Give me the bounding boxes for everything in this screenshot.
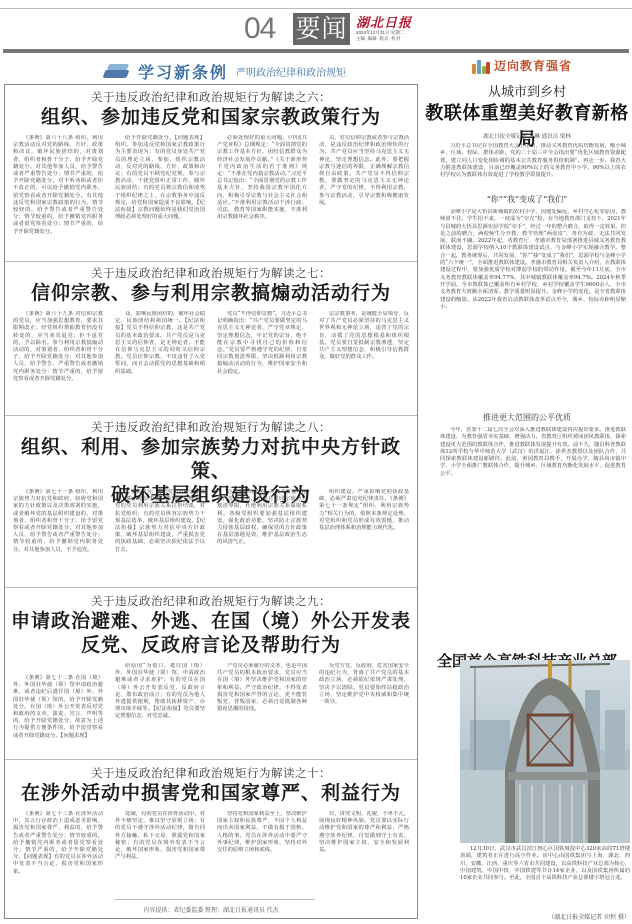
body-column: 层宗教事务，是统揽全局领导、反对了共产党员必须坚持的马克思主义世界观和无神论立场… — [319, 311, 409, 411]
body-column: 给原国“为借口，逃往国（境）外、外国驻华使（领）馆，申请政治避难或者寻求庇护；有… — [115, 663, 205, 753]
article-headline: 信仰宗教、参与利用宗教搞煽动活动行为 — [5, 281, 417, 305]
body-column: 给予开除党籍处分。【问题表现】组织、参加违反党和国家宗教政策行为主要表现为：有的… — [115, 135, 205, 251]
article-kicker: 关于违反政治纪律和政治规矩行为解读之六： — [5, 89, 417, 105]
body-column: 坚持党和国家利益至上，坚决维护国家主权和民族尊严，不因个人利益而出卖国家利益，不… — [217, 811, 307, 891]
article-body: 《条例》第七十一条 组织、利用宗族势力对抗党和政府，妨碍党和国家的方针政策以及决… — [13, 489, 409, 583]
article-kicker: 关于违反政治纪律和政治规矩行为解读之九： — [5, 593, 417, 609]
article-subtitle: 从城市到乡村 — [422, 81, 632, 100]
body-column: 主要表现为：有的党员自持宗族势力，插手基层事务，影响政令畅通；有的党员利用宗族关… — [115, 489, 205, 583]
divider — [5, 759, 417, 760]
tower-illustration — [460, 660, 630, 843]
left-column: 学习新条例 严明政治纪律和政治规矩 关于违反政治纪律和政治规矩行为解读之六： 组… — [4, 57, 418, 924]
article-headline: 组织、参加违反党和国家宗教政策行为 — [5, 105, 417, 129]
article-headline-line1: 申请政治避难、外逃、在国（境）外公开发表 — [5, 609, 417, 633]
article-kicker: 关于违反政治纪律和政治规矩行为解读之十： — [5, 765, 417, 781]
article-9: 关于违反政治纪律和政治规矩行为解读之九： 申请政治避难、外逃、在国（境）外公开发… — [5, 593, 417, 758]
photo-credit: （湖北日报全媒记者 田恒 摄） — [460, 912, 630, 921]
article-body: 《条例》第六十九条 对信仰宗教的党员，应当加强思想教育，要求其限期改正；经党组织… — [13, 311, 409, 411]
newspaper-logo: 湖北日报 — [356, 12, 412, 31]
body-column: 《条例》第六十九条 对信仰宗教的党员，应当加强思想教育，要求其限期改正；经党组织… — [13, 311, 103, 411]
education-banner: 迈向教育强省 — [472, 57, 572, 74]
top-rule — [0, 8, 632, 9]
article-body: 《条例》第七十二条 在国（境）外、外国驻华使（领）馆申请政治避难，或者违纪后逃往… — [13, 663, 409, 753]
section-label: 要闻 — [293, 13, 350, 45]
article-10: 关于违反政治纪律和政治规矩行为解读之十： 在涉外活动中损害党和国家尊严、利益行为… — [5, 765, 417, 895]
divider — [5, 261, 417, 262]
book-stack-icon — [104, 62, 130, 80]
body-column: 组织建设，严重影响党的执政基础，必须严肃追究纪律责任。《条例》第七十一条规定“组… — [319, 489, 409, 583]
body-column: 处制，有的党员在涉外活动中，对外不够坚定，难以坚守原则立场；有的党员不遵守涉外活… — [115, 811, 205, 891]
photo-caption: 12月30日，武汉市武昌滨江核心区国铁城投中心320米高的T1塔楼顶端，建筑者正… — [460, 846, 630, 882]
body-column: 《条例》第六十八条 组织、利用宗教活动反对党的路线、方针、政策和决议，破坏民族团… — [13, 135, 103, 251]
section-heading: “你”“我”变成了“我们” — [422, 194, 632, 205]
divider — [5, 587, 417, 588]
article-6: 关于违反政治纪律和政治规矩行为解读之六： 组织、参加违反党和国家宗教政策行为 《… — [5, 89, 417, 259]
article-body: 今年，省委十二届七次全会对深入推进教联体建设再次提出要求。推进教联体建设，为教育… — [440, 427, 626, 627]
article-headline: 在涉外活动中损害党和国家尊严、利益行为 — [5, 781, 417, 805]
article-8: 关于违反政治纪律和政治规矩行为解读之八： 组织、利用、参加宗族势力对抗中央方针政… — [5, 419, 417, 589]
body-column: 《条例》第七十三条 在涉外活动中，其言行在政治上造成恶劣影响，损害党和国家尊严、… — [13, 811, 103, 891]
section-heading: 推进更大范围的公平优质 — [422, 412, 632, 423]
study-banner: 学习新条例 严明政治纪律和政治规矩 — [104, 57, 346, 85]
masthead-rule — [3, 49, 629, 53]
article-body: 《条例》第六十八条 组织、利用宗教活动反对党的路线、方针、政策和决议，破坏民族团… — [13, 135, 409, 251]
body-column: 产党员必须履行的义务，也是中国共产党员的根本政治要求。党员应当在国（境）外坚决维… — [217, 663, 307, 753]
article-byline: 湖北日报全媒记者 方琳 通讯员 梁林 — [422, 132, 632, 140]
content-credit: 内容提供：省纪委监委 整理：湖北日报通讯员 代杰 — [5, 905, 417, 914]
body-column: 《条例》第七十一条 组织、利用宗族势力对抗党和政府，妨碍党和国家的方针政策以及决… — [13, 489, 103, 583]
article-headline-line1: 组织、利用、参加宗族势力对抗中央方针政策、 — [5, 435, 417, 483]
article-kicker: 关于违反政治纪律和政治规矩行为解读之八： — [5, 419, 417, 435]
body-column: 员，党员信仰宗教或者参与宗教活动，是违反政治纪律和政治规矩的行为。共产党员应当坚… — [319, 135, 409, 251]
banner-subtitle: 严明政治纪律和政治规矩 — [236, 64, 346, 79]
article-intro: 习近平总书记在全国教育大会上指出，推动义务教育优质均衡发展，缩小城乡、区域、校际… — [440, 143, 626, 187]
divider — [5, 415, 417, 416]
body-column: 仪，讲究文明、礼貌，不卑不亢，展现良好精神风貌。党员要以实际行动维护党和国家的尊… — [319, 811, 409, 891]
body-column: 反党方党、反政府、危害国家安全的违纪行为，背离了共产党员的基本政治立场，必须依纪… — [319, 663, 409, 753]
articles-box: 关于违反政治纪律和政治规矩行为解读之六： 组织、参加违反党和国家宗教政策行为 《… — [4, 84, 418, 919]
body-column: 众，影响民族团结的，破坏社会稳定，民族团结和祖国统一。【纪法衔接】党员不得信仰宗… — [115, 311, 205, 411]
body-column: 《条例》第七十二条 在国（境）外、外国驻华使（领）馆申请政治避难，或者违纪后逃往… — [13, 663, 103, 753]
editors-line: 主编 ·编辑 ·版式 ·校对 — [356, 36, 404, 42]
article-headline-line2: 反党、反政府言论及帮助行为 — [5, 633, 417, 657]
date-line: 2024年12月31日 星期二 主编 ·编辑 ·版式 ·校对 — [356, 30, 404, 42]
banner-title: 迈向教育强省 — [494, 57, 572, 74]
article-7: 关于违反政治纪律和政治规矩行为解读之七： 信仰宗教、参与利用宗教搞煽动活动行为 … — [5, 265, 417, 415]
banner-title: 学习新条例 — [138, 60, 228, 83]
article-body: 金峰小学是大悟县新城镇的农村小学，因地处偏远、乡村空心化等原因，教师留不住，学生… — [440, 209, 626, 405]
construction-crane-tower-photo — [460, 660, 630, 843]
books-icon — [472, 58, 490, 74]
body-column: 必须履行的义务。党员不仅要严格履行党员义务，还要自觉同宗族势力划清界限，杜绝利用… — [217, 489, 307, 583]
body-column: 党员“不得信仰宗教”。习近平总书记明确指出：“共产党员要做坚定的马克思主义无神论… — [217, 311, 307, 411]
masthead: 04 要闻 湖北日报 2024年12月31日 星期二 主编 ·编辑 ·版式 ·校… — [0, 0, 632, 54]
page-number: 04 — [244, 14, 275, 44]
article-kicker: 关于违反政治纪律和政治规矩行为解读之七： — [5, 265, 417, 281]
article-body: 《条例》第七十三条 在涉外活动中，其言行在政治上造成恶劣影响，损害党和国家尊严、… — [13, 811, 409, 891]
body-column: 必须处理好的重大问题。《中国共产党章程》总纲规定：“全面贯彻党的宗教工作基本方针… — [217, 135, 307, 251]
footer-rule — [115, 899, 315, 900]
